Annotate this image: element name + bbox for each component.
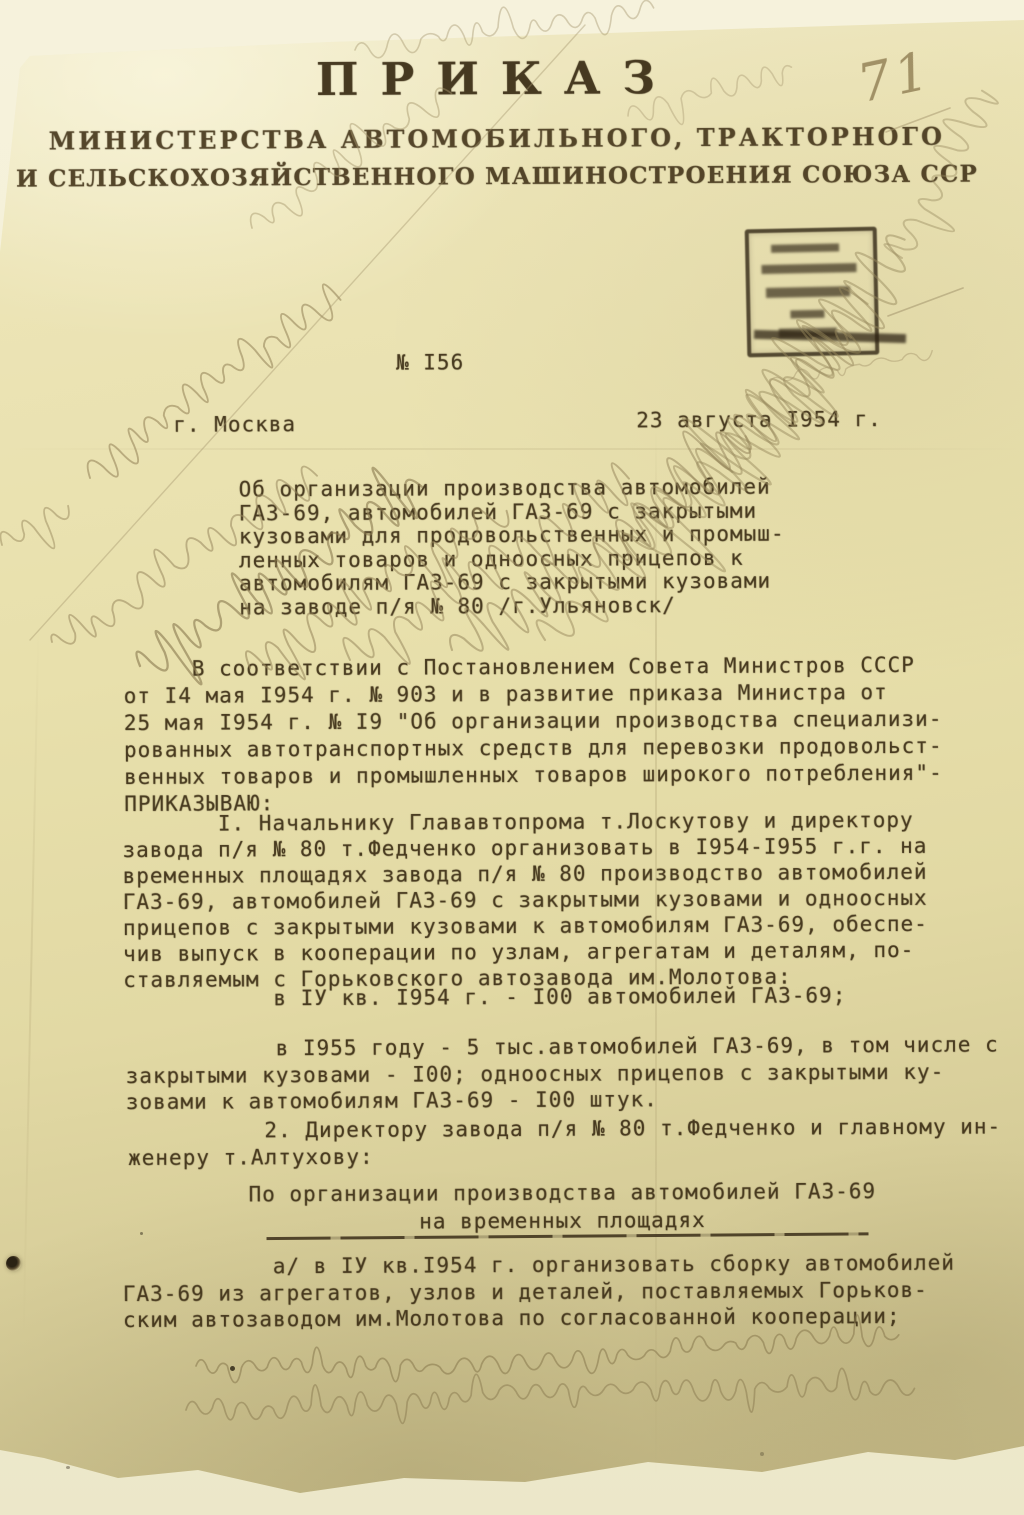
section-heading: По организации производства автомобилей … — [167, 1178, 957, 1237]
ministry-name-line2: И СЕЛЬСКОХОЗЯЙСТВЕННОГО МАШИНОСТРОЕНИЯ С… — [0, 161, 997, 192]
ink-speck — [66, 1466, 70, 1469]
item-q4-1954: в IУ кв. I954 г. - I00 автомобилей ГАЗ-6… — [123, 982, 846, 1012]
item-a: а/ в IУ кв.I954 г. организовать сборку а… — [123, 1250, 956, 1334]
issue-date: 23 августа I954 г. — [636, 406, 882, 433]
order-number: № I56 — [396, 349, 464, 375]
order-title: ПРИКАЗ — [0, 51, 997, 106]
paragraph-2: 2. Директору завода п/я № 80 т.Федченко … — [128, 1113, 1001, 1172]
preamble-paragraph: В соответствии с Постановлением Совета М… — [123, 652, 942, 818]
ink-speck — [230, 1366, 235, 1371]
item-1955: в I955 году - 5 тыс.автомобилей ГАЗ-69, … — [125, 1031, 999, 1115]
ministry-name-line1: МИНИСТЕРСТВА АВТОМОБИЛЬНОГО, ТРАКТОРНОГО — [0, 123, 997, 154]
hole-punch — [6, 1256, 21, 1271]
ink-speck — [140, 1232, 143, 1235]
stamp-text-line — [790, 310, 824, 319]
paragraph-1: I. Начальнику Глававтопрома т.Лоскутову … — [122, 807, 928, 993]
stamp-text-line — [771, 243, 839, 252]
ink-speck — [760, 1452, 764, 1456]
stamp-text-line — [761, 263, 856, 274]
scanned-order-photo: { "document_kind": "Приказ (typewritten … — [0, 0, 1024, 1515]
issue-city: г. Москва — [173, 411, 296, 438]
stamp-text-line — [766, 286, 850, 298]
order-subject: Об организации производства автомобилей … — [239, 476, 785, 620]
